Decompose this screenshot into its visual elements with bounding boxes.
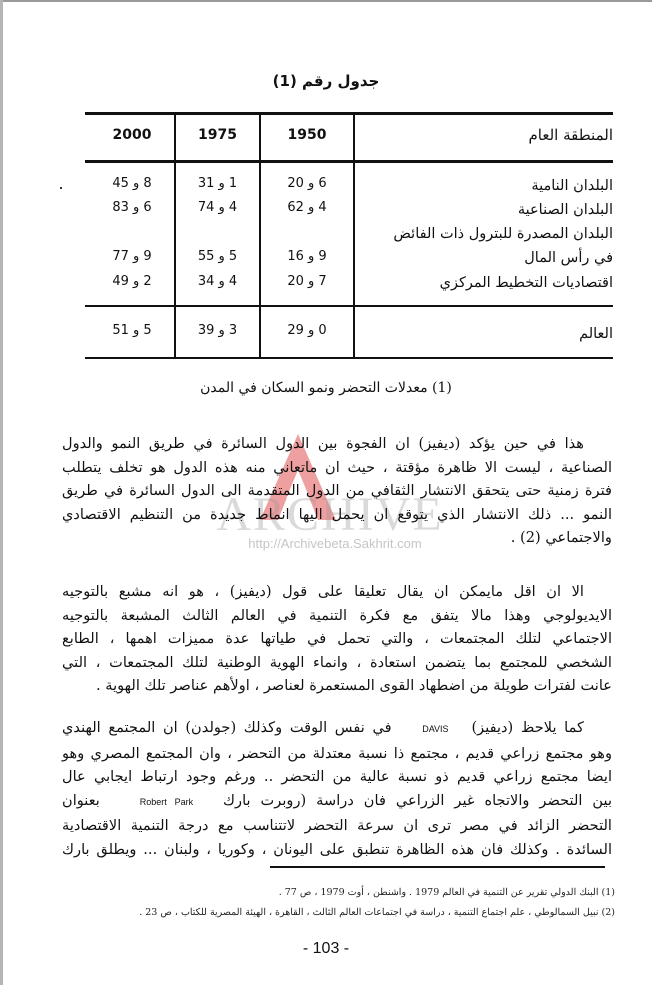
page-frame-top <box>0 0 652 2</box>
header-year-2000: 2000 <box>90 127 174 143</box>
row-region: البلدان الصناعية <box>358 202 613 218</box>
row-value-2000: 6 و 83 <box>90 200 174 215</box>
paragraph-line: السائدة . وكذلك فان هذه الظاهرة تنطبق عل… <box>62 838 612 862</box>
table-rule-header <box>85 160 613 163</box>
paragraph-line: هذا في حين يؤكد (ديفيز) ان الفجوة بين ال… <box>62 432 612 456</box>
paragraph-line: النمو ... ذلك الانتشار الذي يتوقع ان يحم… <box>62 503 612 527</box>
world-row-region: العالم <box>358 326 613 342</box>
table-col-divider <box>174 112 176 359</box>
paragraph-2: الا ان اقل مايمكن ان يقال تعليقا على قول… <box>62 580 612 698</box>
paragraph-1: هذا في حين يؤكد (ديفيز) ان الفجوة بين ال… <box>62 432 612 550</box>
handwritten-underline <box>270 866 605 868</box>
row-value-2000: 2 و 49 <box>90 274 174 289</box>
row-region: البلدان المصدرة للبترول ذات الفائض <box>358 226 613 242</box>
paragraph-line: الشخصي للمجتمع بما يتضمن استعادة ، وانما… <box>62 651 612 675</box>
world-value-2000: 5 و 51 <box>90 323 174 338</box>
row-value-1975: 1 و 31 <box>176 176 259 191</box>
latin-name-davis: DAVIS <box>422 724 448 734</box>
row-value-2000: 9 و 77 <box>90 249 174 264</box>
page-number: - 103 - <box>0 940 652 958</box>
table-caption: (1) معدلات التحضر ونمو السكان في المدن <box>0 380 652 396</box>
paragraph-segment: كما يلاحظ (ديفيز) <box>471 719 584 736</box>
paragraph-line: ايضا مجتمع زراعي قديم ذو نسبة عالية من ا… <box>62 765 612 789</box>
paragraph-line: الاجتماعي لتلك المجتمعات ، والتي تحمل في… <box>62 627 612 651</box>
paragraph-segment: في نفس الوقت وكذلك (جولدن) ان المجتمع ال… <box>62 719 392 736</box>
row-region: البلدان النامية <box>358 178 613 194</box>
header-region: المنطقة العام <box>363 126 613 144</box>
world-value-1950: 0 و 29 <box>261 323 353 338</box>
urbanization-table: المنطقة العام 1950 1975 2000 البلدان الن… <box>85 112 613 360</box>
footnote-1: (1) البنك الدولي تقرير عن التنمية في الع… <box>75 883 615 903</box>
paragraph-line: فترة زمنية حتى يتحقق الانتشار الثقافي من… <box>62 479 612 503</box>
row-value-1975: 5 و 55 <box>176 249 259 264</box>
paragraph-segment: بين التحضر والاتجاه غير الزراعي فان دراس… <box>223 792 612 809</box>
header-year-1975: 1975 <box>176 127 259 143</box>
paragraph-line: التحضر الزائد في مصر ترى ان سرعة التحضر … <box>62 814 612 838</box>
paragraph-line: الا ان اقل مايمكن ان يقال تعليقا على قول… <box>62 580 612 604</box>
row-region: اقتصاديات التخطيط المركزي <box>358 275 613 291</box>
paragraph-segment: بعنوان <box>62 792 100 809</box>
table-rule-bottom <box>85 357 613 359</box>
table-title: جدول رقم (1) <box>0 72 652 90</box>
paragraph-line: والاجتماعي (2) . <box>62 526 612 550</box>
paragraph-line: الايديولوجي وهذا مالا يتفق مع فكرة التنم… <box>62 604 612 628</box>
row-value-1975: 4 و 74 <box>176 200 259 215</box>
paragraph-line: بين التحضر والاتجاه غير الزراعي فان دراس… <box>62 789 612 815</box>
paragraph-line: كما يلاحظ (ديفيز) DAVIS في نفس الوقت وكذ… <box>62 716 612 742</box>
latin-name-robert-park: Robert Park <box>140 797 193 807</box>
table-rule-top <box>85 112 613 115</box>
header-year-1950: 1950 <box>261 127 353 143</box>
footnote-2: (2) نبيل السمالوطي ، علم اجتماع التنمية … <box>75 903 615 923</box>
row-value-2000: 8 و 45 <box>90 176 174 191</box>
row-value-1950: 9 و 16 <box>261 249 353 264</box>
row-value-1950: 7 و 20 <box>261 274 353 289</box>
row-value-1975: 4 و 34 <box>176 274 259 289</box>
world-value-1975: 3 و 39 <box>176 323 259 338</box>
footnotes: (1) البنك الدولي تقرير عن التنمية في الع… <box>75 883 615 923</box>
paragraph-line: وهو مجتمع زراعي قديم ، مجتمع ذا نسبة معت… <box>62 742 612 766</box>
table-col-divider <box>353 112 355 359</box>
paragraph-line: عانت لفترات طويلة من اضطهاد القوى المستع… <box>62 674 612 698</box>
row-value-1950: 6 و 20 <box>261 176 353 191</box>
paragraph-line: الصناعية ، ليست الا ظاهرة مؤقتة ، حيث ان… <box>62 456 612 480</box>
paragraph-3: كما يلاحظ (ديفيز) DAVIS في نفس الوقت وكذ… <box>62 716 612 861</box>
table-rule-body <box>85 305 613 307</box>
row-value-1950: 4 و 62 <box>261 200 353 215</box>
row-region: في رأس المال <box>358 250 613 266</box>
table-col-divider <box>259 112 261 359</box>
page-frame-left <box>0 0 3 985</box>
scan-speck <box>60 187 62 189</box>
